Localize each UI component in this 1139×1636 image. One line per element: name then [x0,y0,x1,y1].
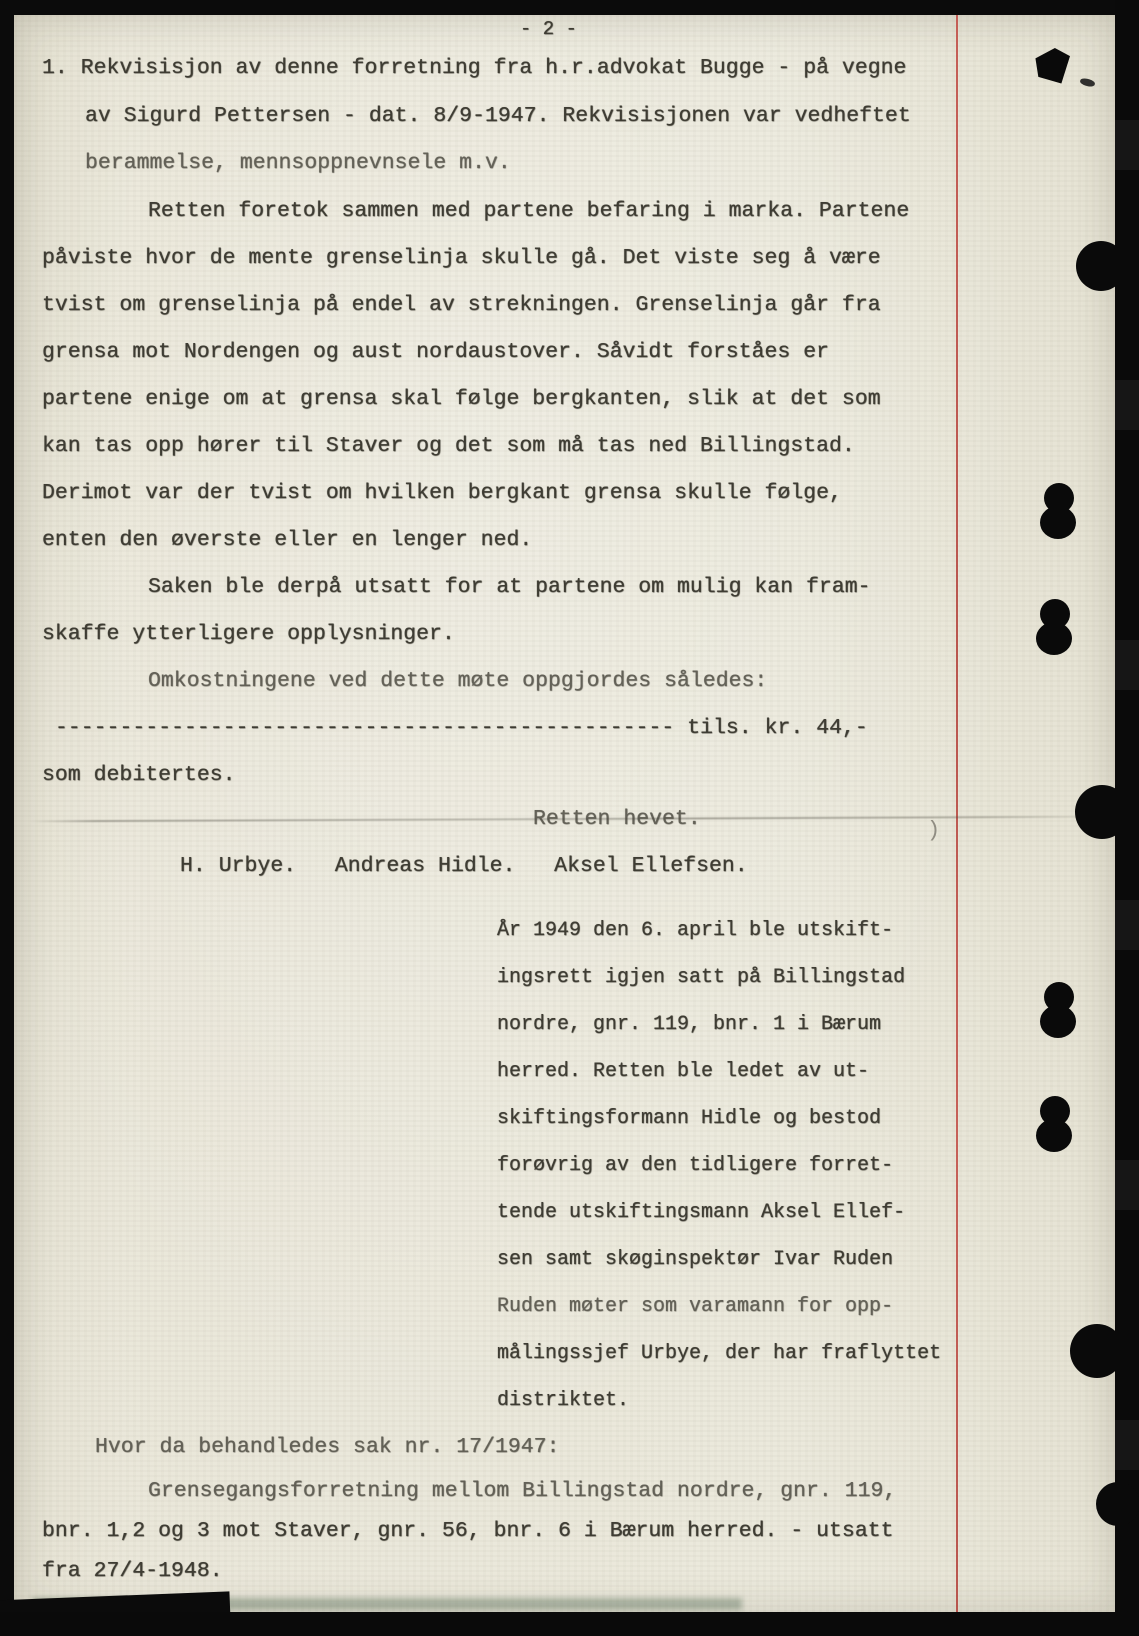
line-sak-nr: Hvor da behandledes sak nr. 17/1947: [95,1434,559,1460]
line-befaring-2: påviste hvor de mente grenselinja skulle… [42,245,881,271]
scan-edge-bottom [0,1612,1139,1636]
line-befaring-8: enten den øverste eller en lenger ned. [42,527,532,553]
line-1949-9: Ruden møter som varamann for opp- [497,1294,893,1320]
line-befaring-7: Derimot var der tvist om hvilken bergkan… [42,480,842,506]
line-1949-10: målingssjef Urbye, der har fraflyttet [497,1341,941,1367]
line-signatures: H. Urbye. Andreas Hidle. Aksel Ellefsen. [180,853,748,879]
line-grensegang-1: Grensegangsforretning mellom Billingstad… [148,1478,896,1504]
punch-hole [1040,982,1076,1038]
punch-hole [1096,1482,1139,1526]
pencil-paren-mark: ) [927,818,940,843]
red-margin-line [956,15,958,1612]
line-1949-2: ingsrett igjen satt på Billingstad [497,965,905,991]
punch-hole [1040,483,1076,539]
punch-hole [1036,599,1072,655]
line-rekvisisjon-3: berammelse, mennsoppnevnsele m.v. [85,150,511,176]
line-costs-total: ----------------------------------------… [55,715,868,741]
scanned-document-page: - 2 - 1. Rekvisisjon av denne forretning… [0,0,1139,1636]
line-befaring-3: tvist om grenselinja på endel av strekni… [42,292,881,318]
scan-edge-left [0,0,14,1636]
punch-hole [1036,1096,1072,1152]
line-grensegang-2: bnr. 1,2 og 3 mot Staver, gnr. 56, bnr. … [42,1518,894,1544]
line-som-debitertes: som debitertes. [42,762,236,788]
page-number: - 2 - [520,16,577,42]
line-1949-1: År 1949 den 6. april ble utskift- [497,918,893,944]
line-1949-8: sen samt skøginspektør Ivar Ruden [497,1247,893,1273]
line-saken-1: Saken ble derpå utsatt for at partene om… [148,574,871,600]
line-rekvisisjon-2: av Sigurd Pettersen - dat. 8/9-1947. Rek… [85,103,911,129]
line-omkostninger: Omkostningene ved dette møte oppgjordes … [148,668,767,694]
line-grensegang-3: fra 27/4-1948. [42,1558,223,1584]
scan-edge-top [0,0,1139,15]
punch-hole [1070,1324,1124,1378]
punch-hole [1076,241,1126,291]
line-befaring-6: kan tas opp hører til Staver og det som … [42,433,855,459]
punch-hole [1075,785,1129,839]
line-rekvisisjon-1: 1. Rekvisisjon av denne forretning fra h… [42,55,906,81]
line-1949-5: skiftingsformann Hidle og bestod [497,1106,881,1132]
line-befaring-4: grensa mot Nordengen og aust nordaustove… [42,339,829,365]
line-befaring-1: Retten foretok sammen med partene befari… [148,198,909,224]
line-1949-7: tende utskiftingsmann Aksel Ellef- [497,1200,905,1226]
line-1949-11: distriktet. [497,1388,629,1414]
line-1949-4: herred. Retten ble ledet av ut- [497,1059,869,1085]
line-befaring-5: partene enige om at grensa skal følge be… [42,386,881,412]
line-saken-2: skaffe ytterligere opplysninger. [42,621,455,647]
line-1949-6: forøvrig av den tidligere forret- [497,1153,893,1179]
line-1949-3: nordre, gnr. 119, bnr. 1 i Bærum [497,1012,881,1038]
